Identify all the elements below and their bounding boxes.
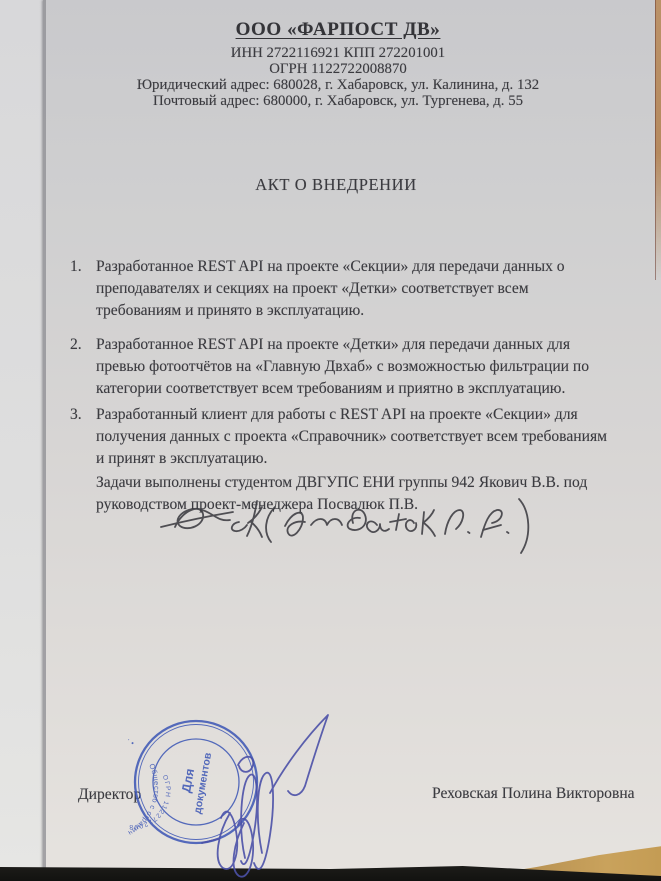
item-text: Разработанное REST API на проекте «Секци…	[96, 256, 608, 322]
document-paper: ООО «ФАРПОСТ ДВ» ИНН 2722116921 КПП 2722…	[43, 0, 661, 881]
item-text: Разработанное REST API на проекте «Детки…	[96, 334, 608, 400]
background-surface	[0, 0, 43, 881]
document-photo: ООО «ФАРПОСТ ДВ» ИНН 2722116921 КПП 2722…	[0, 0, 661, 881]
item-number: 2.	[70, 334, 96, 400]
director-full-name: Реховская Полина Викторовна	[432, 785, 635, 803]
stamp-center-line1: Для	[179, 768, 197, 794]
item-number: 3.	[70, 404, 96, 470]
letterhead: ООО «ФАРПОСТ ДВ» ИНН 2722116921 КПП 2722…	[46, 19, 630, 109]
director-signature-blue	[200, 693, 350, 881]
handwritten-signature-black	[133, 495, 553, 575]
list-item-2: 2. Разработанное REST API на проекте «Де…	[70, 334, 608, 400]
list-item-1: 1. Разработанное REST API на проекте «Се…	[70, 256, 608, 322]
company-name: ООО «ФАРПОСТ ДВ»	[46, 19, 630, 41]
item-text: Разработанный клиент для работы с REST A…	[96, 404, 608, 470]
inn-kpp-line: ИНН 2722116921 КПП 272201001	[46, 45, 630, 61]
postal-address-line: Почтовый адрес: 680000, г. Хабаровск, ул…	[46, 93, 630, 109]
legal-address-line: Юридический адрес: 680028, г. Хабаровск,…	[46, 77, 630, 93]
item-number: 1.	[70, 256, 96, 322]
ogrn-line: ОГРН 1122722008870	[46, 61, 630, 77]
document-title: АКТ О ВНЕДРЕНИИ	[46, 175, 626, 195]
list-item-3: 3. Разработанный клиент для работы с RES…	[70, 404, 608, 470]
table-wood-edge-right	[655, 0, 661, 280]
